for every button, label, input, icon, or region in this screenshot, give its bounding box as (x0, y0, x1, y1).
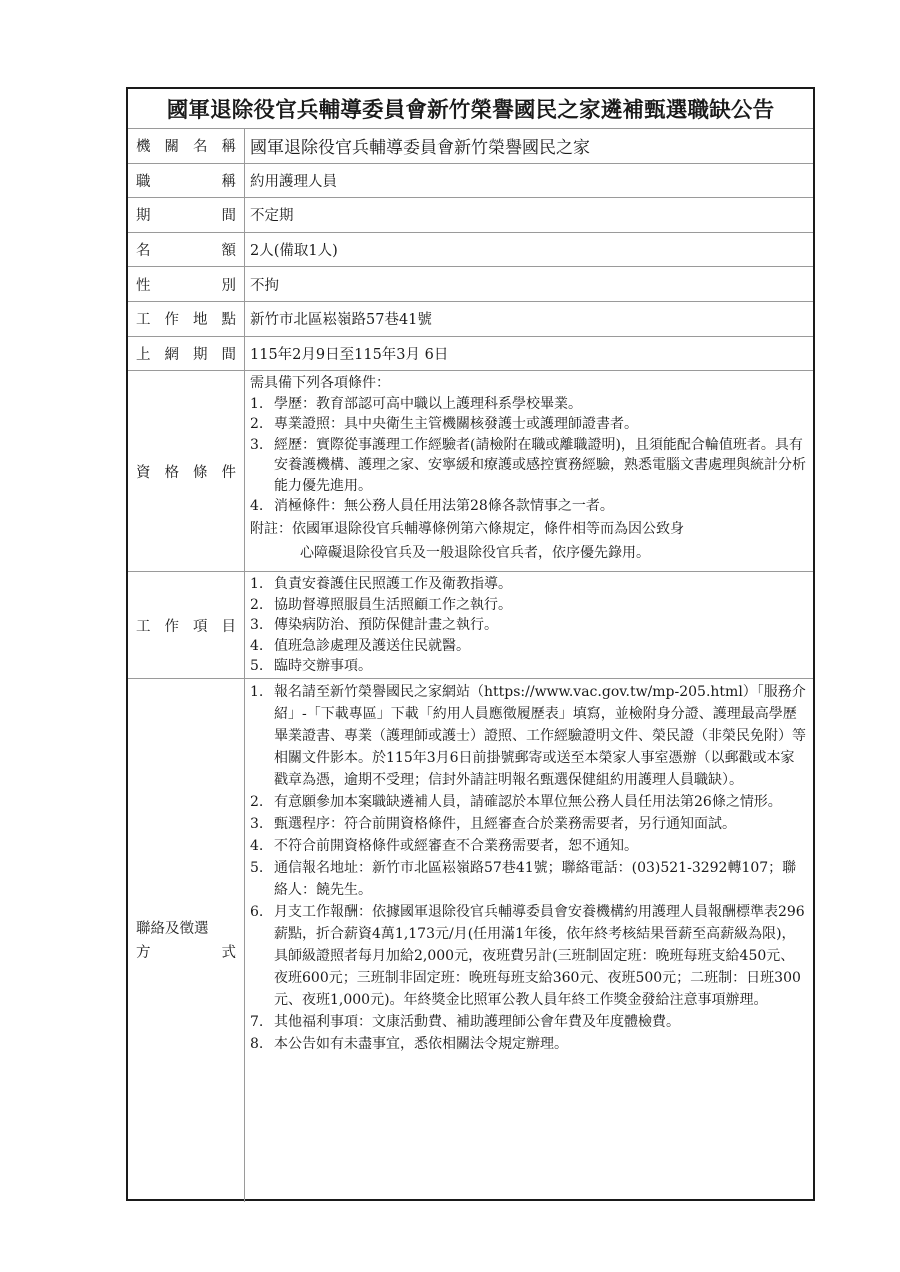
duty-item: 2.協助督導照服員生活照顧工作之執行。 (250, 595, 808, 616)
label-location: 工 作 地 點 (128, 302, 245, 336)
contact-item: 6.月支工作報酬：依據國軍退除役官兵輔導委員會安養機構約用護理人員報酬標準表29… (250, 901, 808, 1011)
item-text: 月支工作報酬：依據國軍退除役官兵輔導委員會安養機構約用護理人員報酬標準表296薪… (274, 901, 808, 1011)
item-number: 5. (250, 656, 274, 677)
qualifications-intro: 需具備下列各項條件： (250, 373, 808, 394)
qualification-item: 2.專業證照：具中央衛生主管機關核發護士或護理師證書者。 (250, 414, 808, 435)
label-char: 稱 (222, 170, 237, 191)
label-char: 性 (136, 274, 151, 295)
item-text: 負責安養護住民照護工作及衛教指導。 (274, 574, 808, 595)
item-number: 1. (250, 574, 274, 595)
item-text: 經歷：實際從事護理工作經驗者(請檢附在職或離職證明)，且須能配合輪值班者。具有安… (274, 435, 808, 497)
item-text: 甄選程序：符合前開資格條件，且經審查合於業務需要者，另行通知面試。 (274, 813, 808, 835)
row-location: 工 作 地 點 新竹市北區崧嶺路57巷41號 (128, 302, 813, 337)
item-number: 5. (250, 857, 274, 901)
row-agency: 機 關 名 稱 國軍退除役官兵輔導委員會新竹榮譽國民之家 (128, 129, 813, 164)
job-announcement-table: 國軍退除役官兵輔導委員會新竹榮譽國民之家遴補甄選職缺公告 機 關 名 稱 國軍退… (126, 87, 815, 1201)
duty-item: 1.負責安養護住民照護工作及衛教指導。 (250, 574, 808, 595)
item-number: 8. (250, 1033, 274, 1055)
row-posting-period: 上 網 期 間 115年2月9日至115年3月 6日 (128, 337, 813, 372)
item-number: 2. (250, 595, 274, 616)
label-char: 格 (165, 461, 180, 482)
label-char: 方 (136, 941, 151, 965)
label-qualifications: 資 格 條 件 (128, 371, 245, 571)
label-char: 作 (165, 615, 180, 636)
item-text: 專業證照：具中央衛生主管機關核發護士或護理師證書者。 (274, 414, 808, 435)
label-char: 期 (136, 204, 151, 225)
contact-item: 5.通信報名地址：新竹市北區崧嶺路57巷41號；聯絡電話：(03)521-329… (250, 857, 808, 901)
label-char: 目 (222, 615, 237, 636)
label-char: 機 (136, 135, 151, 156)
label-char: 名 (193, 135, 208, 156)
label-line: 方 式 (136, 941, 236, 965)
row-qualifications: 資 格 條 件 需具備下列各項條件： 1.學歷：教育部認可高中職以上護理科系學校… (128, 371, 813, 572)
duties-content: 1.負責安養護住民照護工作及衛教指導。 2.協助督導照服員生活照顧工作之執行。 … (245, 572, 813, 678)
qualification-note: 附註：依國軍退除役官兵輔導條例第六條規定，條件相等而為因公致身 心障礙退除役官兵… (250, 517, 808, 565)
value-agency: 國軍退除役官兵輔導委員會新竹榮譽國民之家 (245, 129, 813, 163)
note-line: 附註：依國軍退除役官兵輔導條例第六條規定，條件相等而為因公致身 (250, 517, 808, 541)
label-position: 職 稱 (128, 164, 245, 198)
label-char: 資 (136, 461, 151, 482)
label-char: 關 (165, 135, 180, 156)
item-number: 4. (250, 636, 274, 657)
item-number: 2. (250, 791, 274, 813)
item-number: 1. (250, 394, 274, 415)
item-text: 有意願參加本案職缺遴補人員，請確認於本單位無公務人員任用法第26條之情形。 (274, 791, 808, 813)
qualification-item: 1.學歷：教育部認可高中職以上護理科系學校畢業。 (250, 394, 808, 415)
contact-item: 1.報名請至新竹榮譽國民之家網站（https://www.vac.gov.tw/… (250, 681, 808, 791)
item-number: 4. (250, 835, 274, 857)
qualification-item: 4.消極條件：無公務人員任用法第28條各款情事之一者。 (250, 496, 808, 517)
label-char: 額 (222, 239, 237, 260)
value-posting-period: 115年2月9日至115年3月 6日 (245, 337, 813, 371)
label-char: 作 (165, 308, 180, 329)
label-char: 上 (136, 343, 151, 364)
label-char: 工 (136, 308, 151, 329)
item-number: 2. (250, 414, 274, 435)
row-position: 職 稱 約用護理人員 (128, 164, 813, 199)
row-duties: 工 作 項 目 1.負責安養護住民照護工作及衛教指導。 2.協助督導照服員生活照… (128, 572, 813, 679)
label-char: 間 (222, 204, 237, 225)
qualification-item: 3.經歷：實際從事護理工作經驗者(請檢附在職或離職證明)，且須能配合輪值班者。具… (250, 435, 808, 497)
contact-item: 3.甄選程序：符合前開資格條件，且經審查合於業務需要者，另行通知面試。 (250, 813, 808, 835)
item-number: 6. (250, 901, 274, 1011)
contact-content: 1.報名請至新竹榮譽國民之家網站（https://www.vac.gov.tw/… (245, 679, 813, 1202)
item-text: 消極條件：無公務人員任用法第28條各款情事之一者。 (274, 496, 808, 517)
item-text: 值班急診處理及護送住民就醫。 (274, 636, 808, 657)
contact-item: 8.本公告如有未盡事宜，悉依相關法令規定辦理。 (250, 1033, 808, 1055)
label-contact: 聯絡及徵選 方 式 (128, 679, 245, 1202)
label-agency: 機 關 名 稱 (128, 129, 245, 163)
label-char: 地 (193, 308, 208, 329)
contact-item: 7.其他福利事項：文康活動費、補助護理師公會年費及年度體檢費。 (250, 1011, 808, 1033)
item-text: 傳染病防治、預防保健計畫之執行。 (274, 615, 808, 636)
label-char: 條 (193, 461, 208, 482)
item-text: 協助督導照服員生活照顧工作之執行。 (274, 595, 808, 616)
contact-item: 4.不符合前開資格條件或經審查不合業務需要者，恕不通知。 (250, 835, 808, 857)
value-quota: 2人(備取1人) (245, 233, 813, 267)
duty-item: 3.傳染病防治、預防保健計畫之執行。 (250, 615, 808, 636)
label-posting-period: 上 網 期 間 (128, 337, 245, 371)
label-char: 式 (222, 941, 237, 965)
label-char: 間 (222, 343, 237, 364)
label-quota: 名 額 (128, 233, 245, 267)
item-text: 通信報名地址：新竹市北區崧嶺路57巷41號；聯絡電話：(03)521-3292轉… (274, 857, 808, 901)
item-text: 臨時交辦事項。 (274, 656, 808, 677)
label-char: 期 (193, 343, 208, 364)
item-text: 不符合前開資格條件或經審查不合業務需要者，恕不通知。 (274, 835, 808, 857)
value-period: 不定期 (245, 198, 813, 232)
value-gender: 不拘 (245, 267, 813, 301)
item-text: 本公告如有未盡事宜，悉依相關法令規定辦理。 (274, 1033, 808, 1055)
duty-item: 4.值班急診處理及護送住民就醫。 (250, 636, 808, 657)
qualifications-content: 需具備下列各項條件： 1.學歷：教育部認可高中職以上護理科系學校畢業。 2.專業… (245, 371, 813, 571)
row-period: 期 間 不定期 (128, 198, 813, 233)
label-char: 點 (222, 308, 237, 329)
label-period: 期 間 (128, 198, 245, 232)
item-text: 其他福利事項：文康活動費、補助護理師公會年費及年度體檢費。 (274, 1011, 808, 1033)
item-number: 7. (250, 1011, 274, 1033)
item-text: 報名請至新竹榮譽國民之家網站（https://www.vac.gov.tw/mp… (274, 681, 808, 791)
label-duties: 工 作 項 目 (128, 572, 245, 678)
item-number: 3. (250, 813, 274, 835)
label-char: 工 (136, 615, 151, 636)
item-text: 學歷：教育部認可高中職以上護理科系學校畢業。 (274, 394, 808, 415)
label-line: 聯絡及徵選 (136, 917, 236, 941)
label-char: 件 (222, 461, 237, 482)
item-number: 4. (250, 496, 274, 517)
duty-item: 5.臨時交辦事項。 (250, 656, 808, 677)
label-char: 別 (222, 274, 237, 295)
label-char: 名 (136, 239, 151, 260)
label-char: 項 (193, 615, 208, 636)
item-number: 3. (250, 435, 274, 497)
label-char: 職 (136, 170, 151, 191)
contact-item: 2.有意願參加本案職缺遴補人員，請確認於本單位無公務人員任用法第26條之情形。 (250, 791, 808, 813)
value-location: 新竹市北區崧嶺路57巷41號 (245, 302, 813, 336)
label-gender: 性 別 (128, 267, 245, 301)
item-number: 1. (250, 681, 274, 791)
label-char: 網 (165, 343, 180, 364)
value-position: 約用護理人員 (245, 164, 813, 198)
label-char: 稱 (222, 135, 237, 156)
announcement-title: 國軍退除役官兵輔導委員會新竹榮譽國民之家遴補甄選職缺公告 (128, 89, 813, 129)
row-gender: 性 別 不拘 (128, 267, 813, 302)
row-quota: 名 額 2人(備取1人) (128, 233, 813, 268)
item-number: 3. (250, 615, 274, 636)
note-line: 心障礙退除役官兵及一般退除役官兵者，依序優先錄用。 (250, 541, 808, 565)
row-contact: 聯絡及徵選 方 式 1.報名請至新竹榮譽國民之家網站（https://www.v… (128, 679, 813, 1202)
